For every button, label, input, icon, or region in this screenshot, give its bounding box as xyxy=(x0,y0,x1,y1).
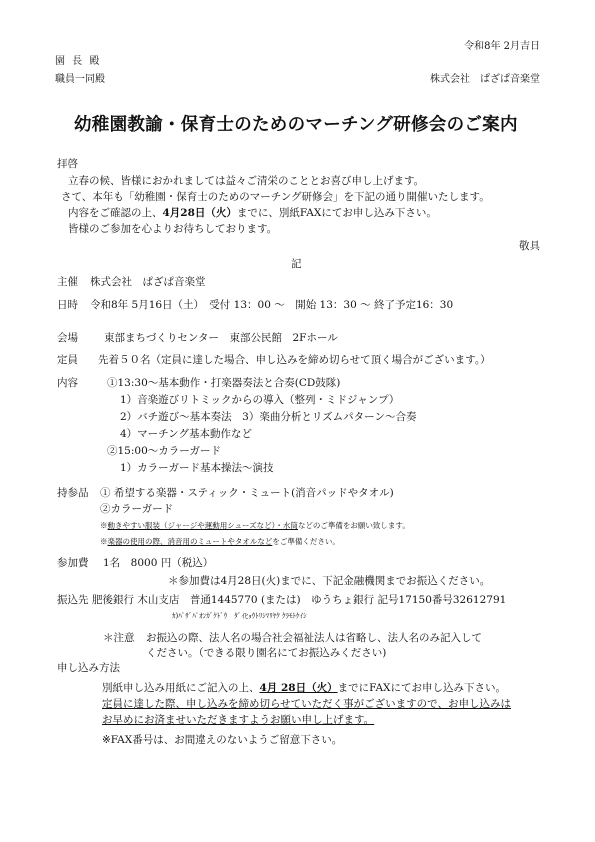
application-heading: 申し込み方法 xyxy=(57,662,120,675)
greeting-line-1: 立春の候、皆様におかれましては益々ご清栄のこととお喜び申し上げます。 xyxy=(68,175,424,188)
transfer-label: 振込先 xyxy=(57,594,89,607)
transfer-kana: ｶ)ﾊﾟｻﾞﾊﾟｵﾝｶﾞｸﾄﾞｳ ﾀﾞｲﾋｮｳﾄﾘｼﾏﾘﾔｸ ｸﾗﾓﾄｹｲｼ xyxy=(172,611,306,621)
greeting-opening: 拝啓 xyxy=(57,158,78,171)
bring-note-2-rest: をご準備ください。 xyxy=(272,537,340,546)
bring-note-2: ※楽器の使用の際、消音用のミュートやタオルなどをご準備ください。 xyxy=(100,537,340,547)
bring-note-2-underlined: 楽器の使用の際、消音用のミュートやタオルなど xyxy=(108,537,273,546)
bring-note-2-mark: ※ xyxy=(100,537,108,546)
greeting-line-4: 皆様のご参加を心よりお待ちしております。 xyxy=(68,223,277,236)
caution-label: ＊注意 xyxy=(103,632,135,645)
fee-label: 参加費 xyxy=(57,557,89,570)
content-item-1-1: 1）音楽遊びリトミックからの導入（整列・ミドジャンプ） xyxy=(120,394,399,407)
content-item-1-2: 2）バチ遊び～基本奏法 3）楽曲分析とリズムパターン～合奏 xyxy=(120,411,416,424)
bring-note-1-mark: ※ xyxy=(100,521,108,530)
organizer-label: 主催 xyxy=(57,276,78,289)
page-title: 幼稚園教諭・保育士のためのマーチング研修会のご案内 xyxy=(74,114,518,136)
fee-value: 1名 8000 円（税込） xyxy=(103,557,213,570)
venue-label: 会場 xyxy=(57,332,78,345)
venue-value: 東部まちづくりセンター 東部公民館 2Fホール xyxy=(104,332,338,345)
bring-note-1-underlined: 動きやすい服装（ジャージや運動用シューズなど）・水筒 xyxy=(108,521,298,530)
caution-line-2: ください。（できる限り園名にてお振込みください) xyxy=(146,647,386,660)
bring-item-1: ① 希望する楽器・スティック・ミュート(消音パッドやタオル) xyxy=(100,487,394,500)
greeting-line-3-post: までに、別紙FAXにてお申し込み下さい。 xyxy=(237,207,437,219)
bring-note-1: ※動きやすい服装（ジャージや運動用シューズなど）・水筒などのご準備をお願い致しま… xyxy=(100,521,410,531)
capacity-value: 先着５０名（定員に達した場合、申し込みを締め切らせて頂く場合がございます。） xyxy=(98,354,491,367)
recipient-director: 園 長 殿 xyxy=(55,55,101,68)
fee-note: ＊参加費は4月28日(火)までに、下記金融機関までお振込ください。 xyxy=(168,575,490,588)
caution-line-1: お振込の際、法人名の場合社会福祉法人は省略し、法人名のみ記入して xyxy=(146,632,482,645)
capacity-label: 定員 xyxy=(57,354,78,367)
application-line-1: 別紙申し込み用紙にご記入の上、4月 28日（火）までにFAXにてお申し込み下さい… xyxy=(102,682,506,695)
recipient-staff: 職員一同殿 xyxy=(55,73,105,86)
greeting-line-3: 内容をご確認の上、4月28日（火）までに、別紙FAXにてお申し込み下さい。 xyxy=(68,207,437,220)
content-item-2: ②15:00～カラーガード xyxy=(107,445,221,458)
greeting-closing: 敬具 xyxy=(519,240,540,253)
datetime-label: 日時 xyxy=(57,299,78,312)
transfer-value: 肥後銀行 木山支店 普通1445770 (または) ゆうちょ銀行 記号17150… xyxy=(92,594,506,607)
content-item-1: ①13:30～基本動作・打楽器奏法と合奏(CD鼓隊) xyxy=(107,377,340,390)
application-line-1-pre: 別紙申し込み用紙にご記入の上、 xyxy=(102,682,260,694)
application-deadline: 4月 28日（火） xyxy=(260,682,338,694)
bring-note-1-rest: などのご準備をお願い致します。 xyxy=(298,521,410,530)
ki-heading: 記 xyxy=(291,258,302,271)
datetime-value: 令和8年 5月16日（土） 受付 13：00 ～ 開始 13：30 ～ 終了予定… xyxy=(90,299,453,312)
greeting-deadline: 4月28日（火） xyxy=(163,207,237,219)
application-line-3: お早めにお済ませいただきますようお願い申し上げます。 xyxy=(102,714,374,727)
content-item-1-4: 4）マーチング基本動作など xyxy=(120,428,252,441)
greeting-line-3-pre: 内容をご確認の上、 xyxy=(68,207,163,219)
application-fax-note: ※FAX番号は、お間違えのないようご留意下さい。 xyxy=(102,734,342,747)
greeting-line-2: さて、本年も「幼稚園・保育士のためのマーチング研修会」を下記の通り開催いたします… xyxy=(61,191,490,204)
bring-item-2: ②カラーガード xyxy=(100,503,173,516)
sender-company: 株式会社 ぱざぱ音楽堂 xyxy=(430,73,540,86)
bring-label: 持参品 xyxy=(57,487,89,500)
organizer-value: 株式会社 ぱざぱ音楽堂 xyxy=(90,276,206,289)
application-line-2: 定員に達した際、申し込みを締め切らせていただく事がございますので、お申し込みは xyxy=(102,698,511,711)
content-label: 内容 xyxy=(57,377,78,390)
application-line-1-post: までにFAXにてお申し込み下さい。 xyxy=(338,682,506,694)
issue-date: 令和8年 2月吉日 xyxy=(464,40,540,53)
content-item-2-1: 1）カラーガード基本操法～演技 xyxy=(120,462,273,475)
